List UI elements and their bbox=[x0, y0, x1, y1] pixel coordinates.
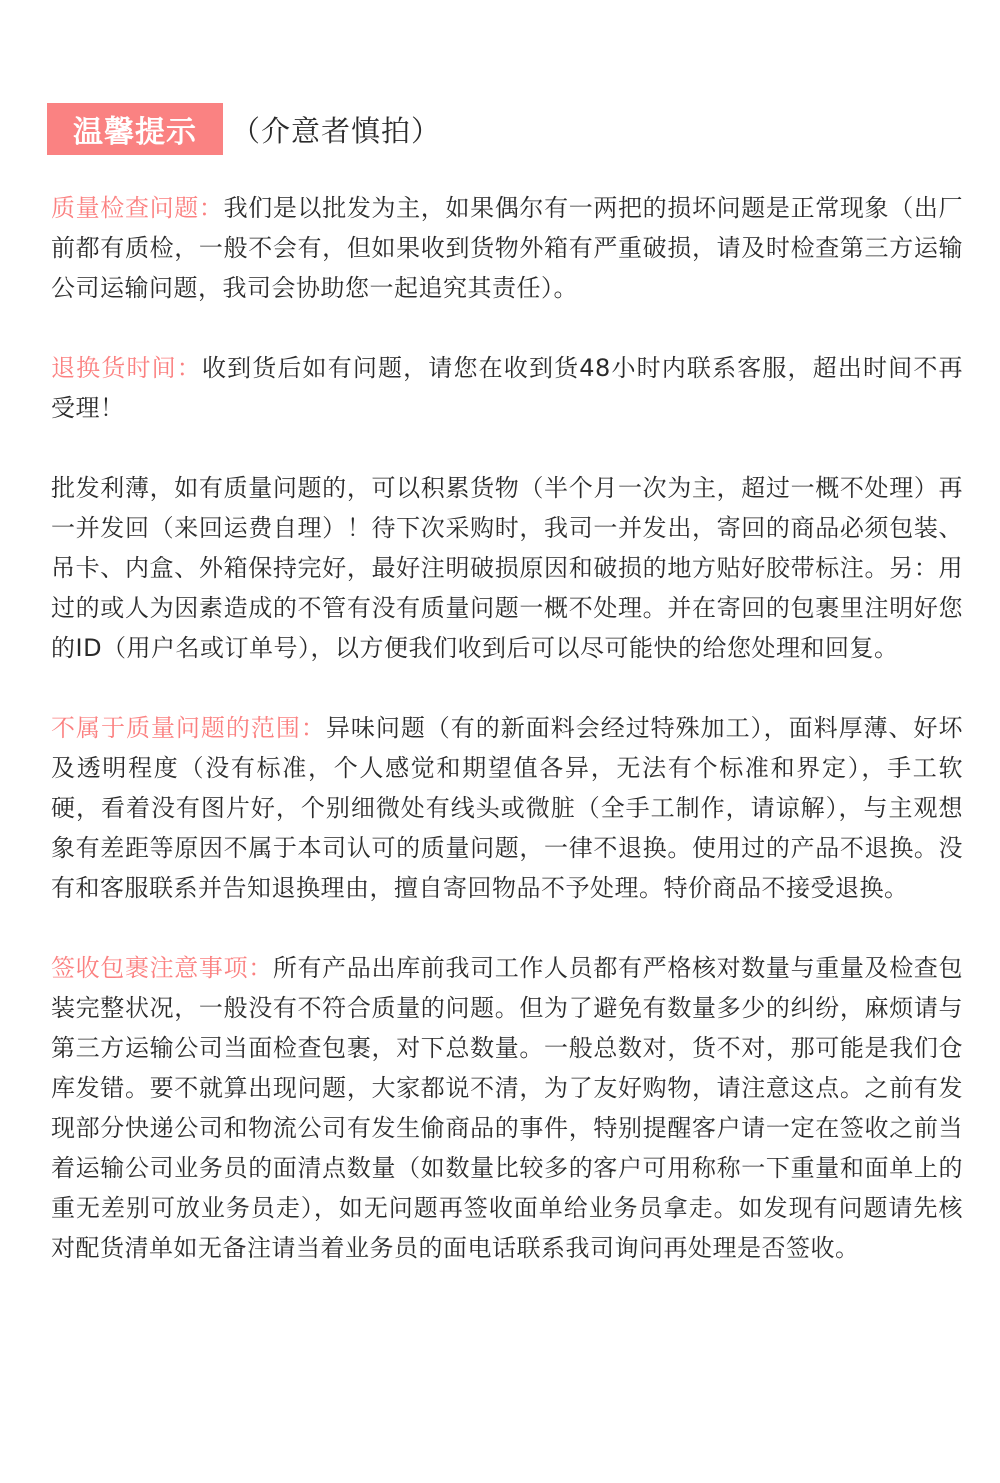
section-wholesale-returns: 批发利薄，如有质量问题的，可以积累货物（半个月一次为主，超过一概不处理）再一并发… bbox=[51, 468, 963, 668]
section-quality-inspection: 质量检查问题：我们是以批发为主，如果偶尔有一两把的损坏问题是正常现象（出厂前都有… bbox=[51, 188, 963, 308]
section-text: 批发利薄，如有质量问题的，可以积累货物（半个月一次为主，超过一概不处理）再一并发… bbox=[51, 474, 963, 662]
section-return-time: 退换货时间：收到货后如有问题，请您在收到货48小时内联系客服，超出时间不再受理！ bbox=[51, 348, 963, 428]
section-text: 异味问题（有的新面料会经过特殊加工），面料厚薄、好坏及透明程度（没有标准，个人感… bbox=[51, 714, 963, 902]
notice-subtitle: （介意者慎拍） bbox=[231, 109, 441, 150]
section-package-receipt: 签收包裹注意事项：所有产品出库前我司工作人员都有严格核对数量与重量及检查包装完整… bbox=[51, 948, 963, 1268]
section-not-quality-issues: 不属于质量问题的范围：异味问题（有的新面料会经过特殊加工），面料厚薄、好坏及透明… bbox=[51, 708, 963, 908]
notice-header: 温馨提示 （介意者慎拍） bbox=[47, 103, 441, 155]
notice-banner: 温馨提示 bbox=[47, 103, 223, 155]
section-label: 退换货时间： bbox=[51, 354, 202, 382]
section-label: 不属于质量问题的范围： bbox=[51, 714, 326, 742]
notice-content: 质量检查问题：我们是以批发为主，如果偶尔有一两把的损坏问题是正常现象（出厂前都有… bbox=[51, 188, 963, 1268]
section-label: 质量检查问题： bbox=[51, 194, 224, 222]
section-label: 签收包裹注意事项： bbox=[51, 954, 273, 982]
section-text: 所有产品出库前我司工作人员都有严格核对数量与重量及检查包装完整状况，一般没有不符… bbox=[51, 954, 963, 1262]
